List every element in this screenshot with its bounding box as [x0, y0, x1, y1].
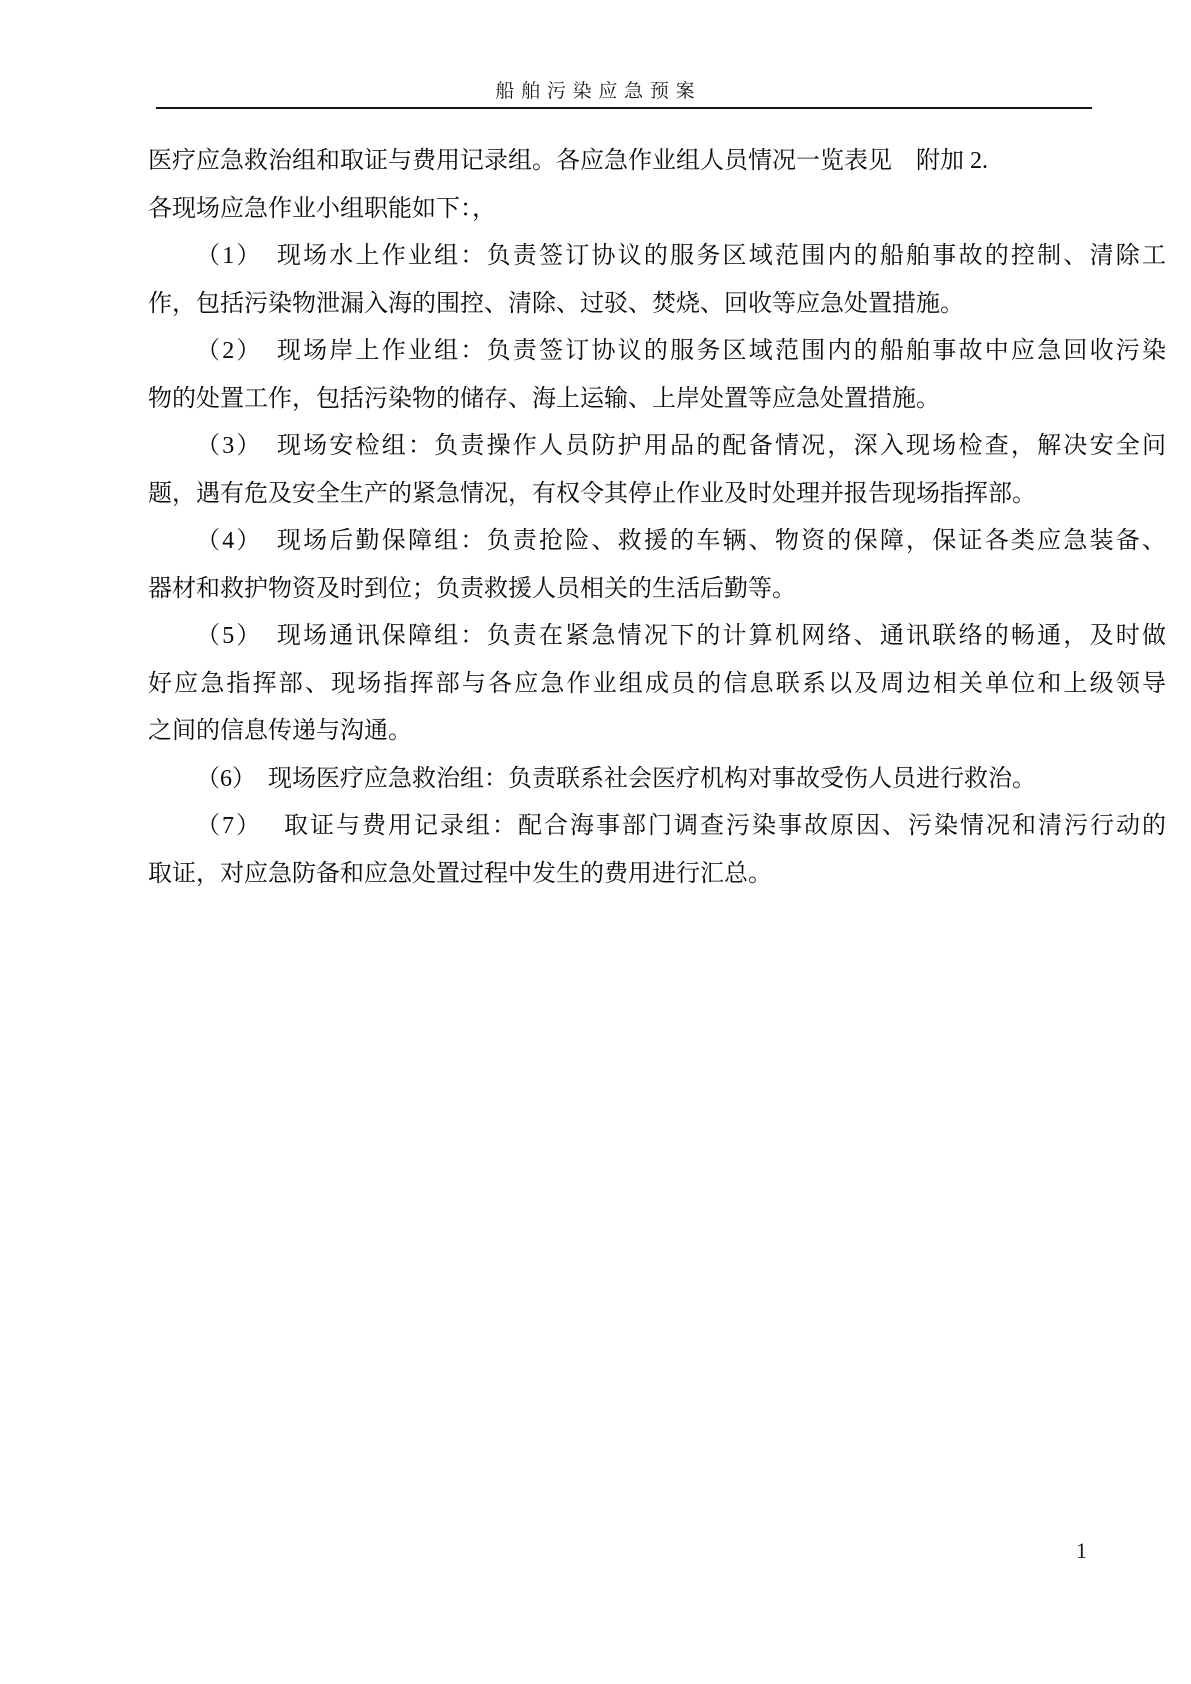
document-line: （5） 现场通讯保障组：负责在紧急情况下的计算机网络、通讯联络的畅通，及时做	[148, 613, 1166, 661]
document-line: 器材和救护物资及时到位；负责救援人员相关的生活后勤等。	[148, 566, 1166, 614]
document-line: （3） 现场安检组：负责操作人员防护用品的配备情况，深入现场检查，解决安全问	[148, 423, 1166, 471]
document-line: 各现场应急作业小组职能如下：，	[148, 186, 1166, 234]
document-line: 好应急指挥部、现场指挥部与各应急作业组成员的信息联系以及周边相关单位和上级领导	[148, 661, 1166, 709]
document-line: 作，包括污染物泄漏入海的围控、清除、过驳、焚烧、回收等应急处置措施。	[148, 281, 1166, 329]
document-line: 医疗应急救治组和取证与费用记录组。各应急作业组人员情况一览表见 附加 2.	[148, 138, 1166, 186]
document-line: （6） 现场医疗应急救治组：负责联系社会医疗机构对事故受伤人员进行救治。	[148, 756, 1166, 804]
document-line: （4） 现场后勤保障组：负责抢险、救援的车辆、物资的保障，保证各类应急装备、	[148, 518, 1166, 566]
document-line: 物的处置工作，包括污染物的储存、海上运输、上岸处置等应急处置措施。	[148, 376, 1166, 424]
document-line: （1） 现场水上作业组：负责签订协议的服务区域范围内的船舶事故的控制、清除工	[148, 233, 1166, 281]
document-line: （2） 现场岸上作业组：负责签订协议的服务区域范围内的船舶事故中应急回收污染	[148, 328, 1166, 376]
document-line: （7） 取证与费用记录组：配合海事部门调查污染事故原因、污染情况和清污行动的	[148, 803, 1166, 851]
document-line: 之间的信息传递与沟通。	[148, 708, 1166, 756]
header-rule	[156, 107, 1092, 109]
document-body: 医疗应急救治组和取证与费用记录组。各应急作业组人员情况一览表见 附加 2. 各现…	[148, 138, 1166, 898]
document-line: 取证，对应急防备和应急处置过程中发生的费用进行汇总。	[148, 851, 1166, 899]
document-line: 题，遇有危及安全生产的紧急情况，有权令其停止作业及时处理并报告现场指挥部。	[148, 471, 1166, 519]
page-header-title: 船 舶 污 染 应 急 预 案	[0, 76, 1191, 103]
page-number: 1	[1076, 1538, 1087, 1564]
document-page: 船 舶 污 染 应 急 预 案 医疗应急救治组和取证与费用记录组。各应急作业组人…	[0, 0, 1191, 1684]
